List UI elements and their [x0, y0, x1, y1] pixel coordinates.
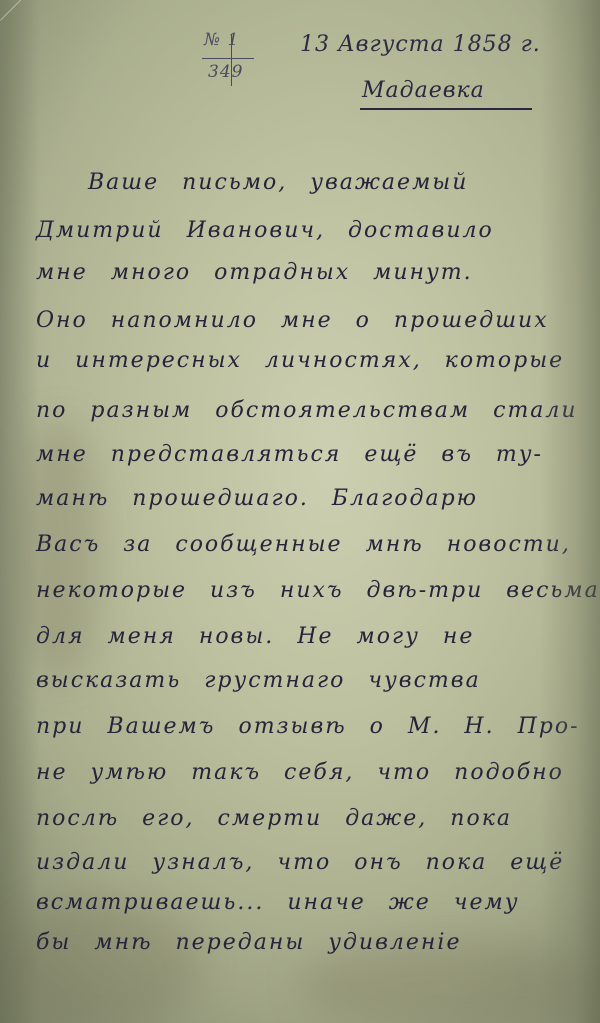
letter-line: Дмитрий Иванович, доставило [36, 218, 494, 243]
letter-line: Оно напомнило мне о прошедших [36, 308, 549, 333]
letter-line: всматриваешь... иначе же чему [36, 890, 520, 915]
letter-line: мне представляться ещё въ ту- [36, 442, 543, 467]
letter-line: издали узналъ, что онъ пока ещё [36, 850, 564, 875]
letter-place: Мадаевка [362, 78, 485, 103]
paper-stain [0, 900, 200, 1023]
letter-line: манѣ прошедшаго. Благодарю [36, 486, 478, 511]
archive-mark-bottom: 349 [208, 64, 243, 81]
letter-line: для меня новы. Не могу не [36, 624, 474, 649]
letter-date: 13 Августа 1858 г. [300, 32, 541, 57]
letter-line: послѣ его, смерти даже, пока [36, 806, 512, 831]
place-underline [360, 108, 532, 110]
letter-line: мне много отрадных минут. [36, 260, 473, 285]
archive-mark-top: № 1 [204, 32, 239, 49]
letter-line: высказать грустнаго чувства [36, 668, 481, 693]
letter-line: по разным обстоятельствам стали [36, 398, 578, 423]
letter-line: и интересных личностях, которые [36, 348, 564, 373]
archive-mark: № 1 349 [198, 30, 258, 88]
letter-line: некоторые изъ нихъ двѣ-три весьма [36, 578, 600, 603]
paper-fold-crease [0, 0, 170, 106]
letter-line: Ваше письмо, уважаемый [88, 170, 468, 195]
letter-line: не умѣю такъ себя, что подобно [36, 760, 564, 785]
archive-mark-divider [202, 58, 254, 59]
letter-line: Васъ за сообщенные мнѣ новости, [36, 532, 571, 557]
letter-page: № 1 349 13 Августа 1858 г. Мадаевка Ваше… [0, 0, 600, 1023]
letter-line: при Вашемъ отзывѣ о М. Н. Про- [36, 714, 580, 739]
letter-line: бы мнѣ переданы удивленіе [36, 930, 461, 955]
